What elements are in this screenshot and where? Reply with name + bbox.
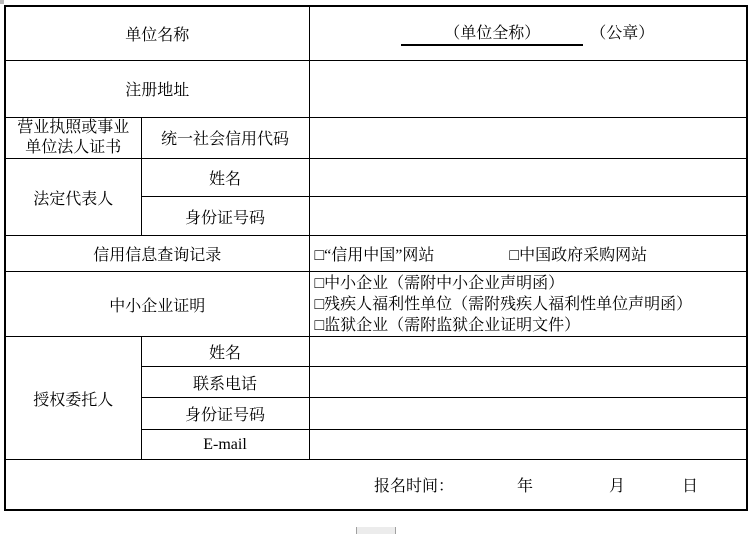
agent-id-label: 身份证号码 <box>141 398 309 430</box>
unit-name-label: 单位名称 <box>5 6 309 60</box>
credit-check-options-cell: □“信用中国”网站□中国政府采购网站 <box>309 236 747 272</box>
signup-time-cell[interactable]: 报名时间：年月日 <box>5 460 747 510</box>
seal-hint: （公章） <box>590 25 654 42</box>
disabled-welfare-option-label: 残疾人福利性单位（需附残疾人福利性单位声明函） <box>324 296 692 313</box>
sme-proof-options-cell: □中小企业（需附中小企业声明函） □残疾人福利性单位（需附残疾人福利性单位声明函… <box>309 272 747 337</box>
gov-procurement-option-label: 中国政府采购网站 <box>519 247 647 264</box>
unit-name-value-cell[interactable]: （单位全称）（公章） <box>309 6 747 60</box>
agent-label: 授权委托人 <box>5 337 141 460</box>
credit-code-label: 统一社会信用代码 <box>141 117 309 159</box>
agent-email-value-cell[interactable] <box>309 430 747 460</box>
checkbox-icon[interactable]: □ <box>315 317 325 334</box>
signup-day-label: 日 <box>682 478 698 495</box>
signup-year-label: 年 <box>517 478 533 495</box>
legal-rep-name-value-cell[interactable] <box>309 159 747 197</box>
agent-phone-label: 联系电话 <box>141 367 309 398</box>
registered-address-value-cell[interactable] <box>309 60 747 117</box>
unit-name-fill-line[interactable]: （单位全称） <box>401 20 583 46</box>
bottom-page-artifact <box>356 527 396 534</box>
legal-rep-name-label: 姓名 <box>141 159 309 197</box>
gov-procurement-option[interactable]: □中国政府采购网站 <box>509 247 647 264</box>
sme-proof-label: 中小企业证明 <box>5 272 309 337</box>
legal-rep-id-value-cell[interactable] <box>309 197 747 236</box>
agent-name-label: 姓名 <box>141 337 309 367</box>
agent-id-value-cell[interactable] <box>309 398 747 430</box>
prison-enterprise-option-label: 监狱企业（需附监狱企业证明文件） <box>324 317 580 334</box>
row-sme-proof: 中小企业证明 □中小企业（需附中小企业声明函） □残疾人福利性单位（需附残疾人福… <box>5 272 747 337</box>
legal-rep-label: 法定代表人 <box>5 159 141 236</box>
agent-phone-value-cell[interactable] <box>309 367 747 398</box>
sme-option-label: 中小企业（需附中小企业声明函） <box>324 275 564 292</box>
checkbox-icon[interactable]: □ <box>315 247 325 264</box>
checkbox-icon[interactable]: □ <box>509 247 519 264</box>
checkbox-icon[interactable]: □ <box>315 275 325 292</box>
row-legal-rep-name: 法定代表人 姓名 <box>5 159 747 197</box>
registered-address-label: 注册地址 <box>5 60 309 117</box>
credit-china-option-label: “信用中国”网站 <box>324 247 434 264</box>
agent-name-value-cell[interactable] <box>309 337 747 367</box>
checkbox-icon[interactable]: □ <box>315 296 325 313</box>
license-label: 营业执照或事业单位法人证书 <box>5 117 141 159</box>
prison-enterprise-option[interactable]: □监狱企业（需附监狱企业证明文件） <box>315 315 743 336</box>
row-agent-name: 授权委托人 姓名 <box>5 337 747 367</box>
row-registered-address: 注册地址 <box>5 60 747 117</box>
agent-email-label: E-mail <box>141 430 309 460</box>
credit-check-label: 信用信息查询记录 <box>5 236 309 272</box>
corner-ui-artifact <box>0 0 4 4</box>
row-credit-check: 信用信息查询记录 □“信用中国”网站□中国政府采购网站 <box>5 236 747 272</box>
signup-time-label: 报名时间： <box>374 478 454 495</box>
row-signup-time: 报名时间：年月日 <box>5 460 747 510</box>
license-label-text: 营业执照或事业单位法人证书 <box>15 118 131 159</box>
row-credit-code: 营业执照或事业单位法人证书 统一社会信用代码 <box>5 117 747 159</box>
disabled-welfare-option[interactable]: □残疾人福利性单位（需附残疾人福利性单位声明函） <box>315 294 743 315</box>
credit-code-value-cell[interactable] <box>309 117 747 159</box>
row-unit-name: 单位名称 （单位全称）（公章） <box>5 6 747 60</box>
credit-china-option[interactable]: □“信用中国”网站 <box>315 247 435 264</box>
legal-rep-id-label: 身份证号码 <box>141 197 309 236</box>
sme-option[interactable]: □中小企业（需附中小企业声明函） <box>315 273 743 294</box>
registration-form-table: 单位名称 （单位全称）（公章） 注册地址 营业执照或事业单位法人证书 统一社会信… <box>4 5 748 511</box>
signup-month-label: 月 <box>609 478 625 495</box>
